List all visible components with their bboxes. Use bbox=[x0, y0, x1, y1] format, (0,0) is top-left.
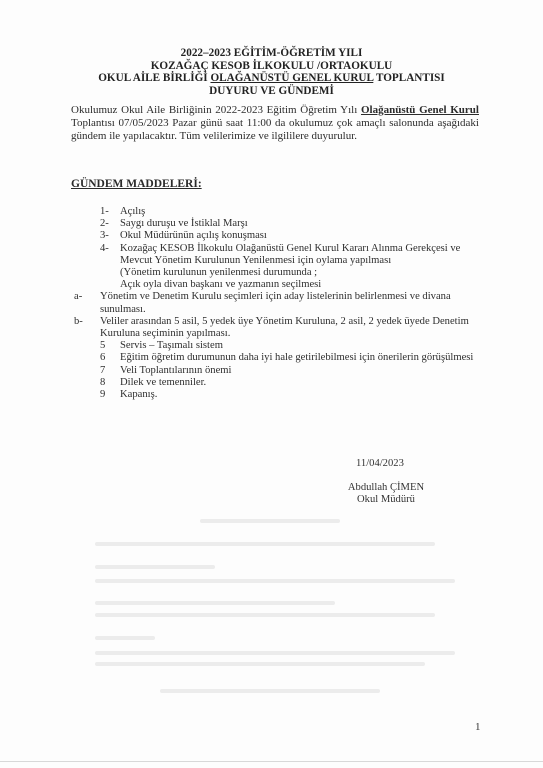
page-number: 1 bbox=[475, 721, 481, 733]
agenda-list: 1-Açılış2- Saygı duruşu ve İstiklal Marş… bbox=[100, 206, 480, 401]
agenda-item: 8Dilek ve temenniler. bbox=[100, 377, 480, 389]
agenda-item: 2- Saygı duruşu ve İstiklal Marşı bbox=[100, 218, 480, 230]
signatory-name: Abdullah ÇİMEN bbox=[336, 482, 436, 494]
agenda-item: 3-Okul Müdürünün açılış konuşması bbox=[100, 230, 480, 242]
bleed-through-line bbox=[95, 636, 155, 640]
bleed-through-line bbox=[160, 689, 380, 693]
agenda-item-number: 1- bbox=[100, 206, 120, 218]
agenda-item: 6Eğitim öğretim durumunun daha iyi hale … bbox=[100, 352, 480, 364]
bleed-through-line bbox=[95, 565, 215, 569]
agenda-item-text: Yönetim ve Denetim Kurulu seçimleri için… bbox=[100, 291, 480, 315]
agenda-item-number: 4- bbox=[100, 243, 120, 267]
bleed-through-line bbox=[95, 579, 455, 583]
agenda-item-number: b- bbox=[74, 316, 100, 340]
agenda-item-number: a- bbox=[74, 291, 100, 315]
agenda-item-number bbox=[100, 267, 120, 279]
agenda-item: 9Kapanış. bbox=[100, 389, 480, 401]
agenda-item-text: Okul Müdürünün açılış konuşması bbox=[120, 230, 480, 242]
signature-block: Abdullah ÇİMEN Okul Müdürü bbox=[336, 482, 436, 506]
header-line-meeting-suffix: TOPLANTISI bbox=[373, 72, 444, 84]
bleed-through-line bbox=[95, 662, 425, 666]
bleed-through-line bbox=[95, 601, 335, 605]
agenda-item-number: 2- bbox=[100, 218, 120, 230]
intro-text-part1: Okulumuz Okul Aile Birliğinin 2022-2023 … bbox=[71, 104, 361, 116]
agenda-item-number: 5 bbox=[100, 340, 120, 352]
agenda-item-text: Saygı duruşu ve İstiklal Marşı bbox=[120, 218, 480, 230]
agenda-item: 4-Kozağaç KESOB İlkokulu Olağanüstü Gene… bbox=[100, 243, 480, 267]
header-line-meeting: OKUL AİLE BİRLİĞİ OLAĞANÜSTÜ GENEL KURUL… bbox=[0, 72, 543, 85]
header-line-year: 2022–2023 EĞİTİM-ÖĞRETİM YILI bbox=[0, 47, 543, 60]
agenda-item-text: Servis – Taşımalı sistem bbox=[120, 340, 480, 352]
page-edge-divider bbox=[0, 761, 543, 762]
agenda-item-text: Kozağaç KESOB İlkokulu Olağanüstü Genel … bbox=[120, 243, 480, 267]
agenda-item: a-Yönetim ve Denetim Kurulu seçimleri iç… bbox=[100, 291, 480, 315]
header-line-school: KOZAĞAÇ KESOB İLKOKULU /ORTAOKULU bbox=[0, 60, 543, 73]
intro-text-bold: Olağanüstü Genel Kurul bbox=[361, 104, 479, 116]
header-line-meeting-underlined: OLAĞANÜSTÜ GENEL KURUL bbox=[210, 72, 373, 84]
agenda-item-text: Açılış bbox=[120, 206, 480, 218]
document-page: 2022–2023 EĞİTİM-ÖĞRETİM YILI KOZAĞAÇ KE… bbox=[0, 0, 543, 768]
agenda-item: 7Veli Toplantılarının önemi bbox=[100, 365, 480, 377]
agenda-item-number: 7 bbox=[100, 365, 120, 377]
agenda-item-number: 3- bbox=[100, 230, 120, 242]
bleed-through-line bbox=[95, 542, 435, 546]
document-header: 2022–2023 EĞİTİM-ÖĞRETİM YILI KOZAĞAÇ KE… bbox=[0, 47, 543, 97]
agenda-item-text: Veliler arasından 5 asil, 5 yedek üye Yö… bbox=[100, 316, 480, 340]
intro-text-part2: Toplantısı 07/05/2023 Pazar günü saat 11… bbox=[71, 117, 479, 142]
agenda-item-text: (Yönetim kurulunun yenilenmesi durumunda… bbox=[120, 267, 480, 279]
bleed-through-line bbox=[200, 519, 340, 523]
intro-paragraph: Okulumuz Okul Aile Birliğinin 2022-2023 … bbox=[71, 104, 479, 143]
header-line-announcement: DUYURU VE GÜNDEMİ bbox=[0, 85, 543, 98]
agenda-item: Açık oyla divan başkanı ve yazmanın seçi… bbox=[100, 279, 480, 291]
agenda-item-number: 6 bbox=[100, 352, 120, 364]
bleed-through-line bbox=[95, 651, 455, 655]
agenda-item-number: 8 bbox=[100, 377, 120, 389]
header-line-meeting-prefix: OKUL AİLE BİRLİĞİ bbox=[98, 72, 210, 84]
bleed-through-line bbox=[95, 613, 435, 617]
agenda-item-text: Eğitim öğretim durumunun daha iyi hale g… bbox=[120, 352, 480, 364]
agenda-item: b-Veliler arasından 5 asil, 5 yedek üye … bbox=[100, 316, 480, 340]
agenda-item-text: Dilek ve temenniler. bbox=[120, 377, 480, 389]
agenda-section-title: GÜNDEM MADDELERİ: bbox=[71, 178, 202, 190]
agenda-item-number: 9 bbox=[100, 389, 120, 401]
signatory-title: Okul Müdürü bbox=[336, 494, 436, 506]
agenda-item-number bbox=[100, 279, 120, 291]
agenda-item: (Yönetim kurulunun yenilenmesi durumunda… bbox=[100, 267, 480, 279]
agenda-item: 5Servis – Taşımalı sistem bbox=[100, 340, 480, 352]
agenda-item: 1-Açılış bbox=[100, 206, 480, 218]
agenda-item-text: Veli Toplantılarının önemi bbox=[120, 365, 480, 377]
agenda-item-text: Açık oyla divan başkanı ve yazmanın seçi… bbox=[120, 279, 480, 291]
agenda-item-text: Kapanış. bbox=[120, 389, 480, 401]
document-date: 11/04/2023 bbox=[356, 458, 404, 469]
